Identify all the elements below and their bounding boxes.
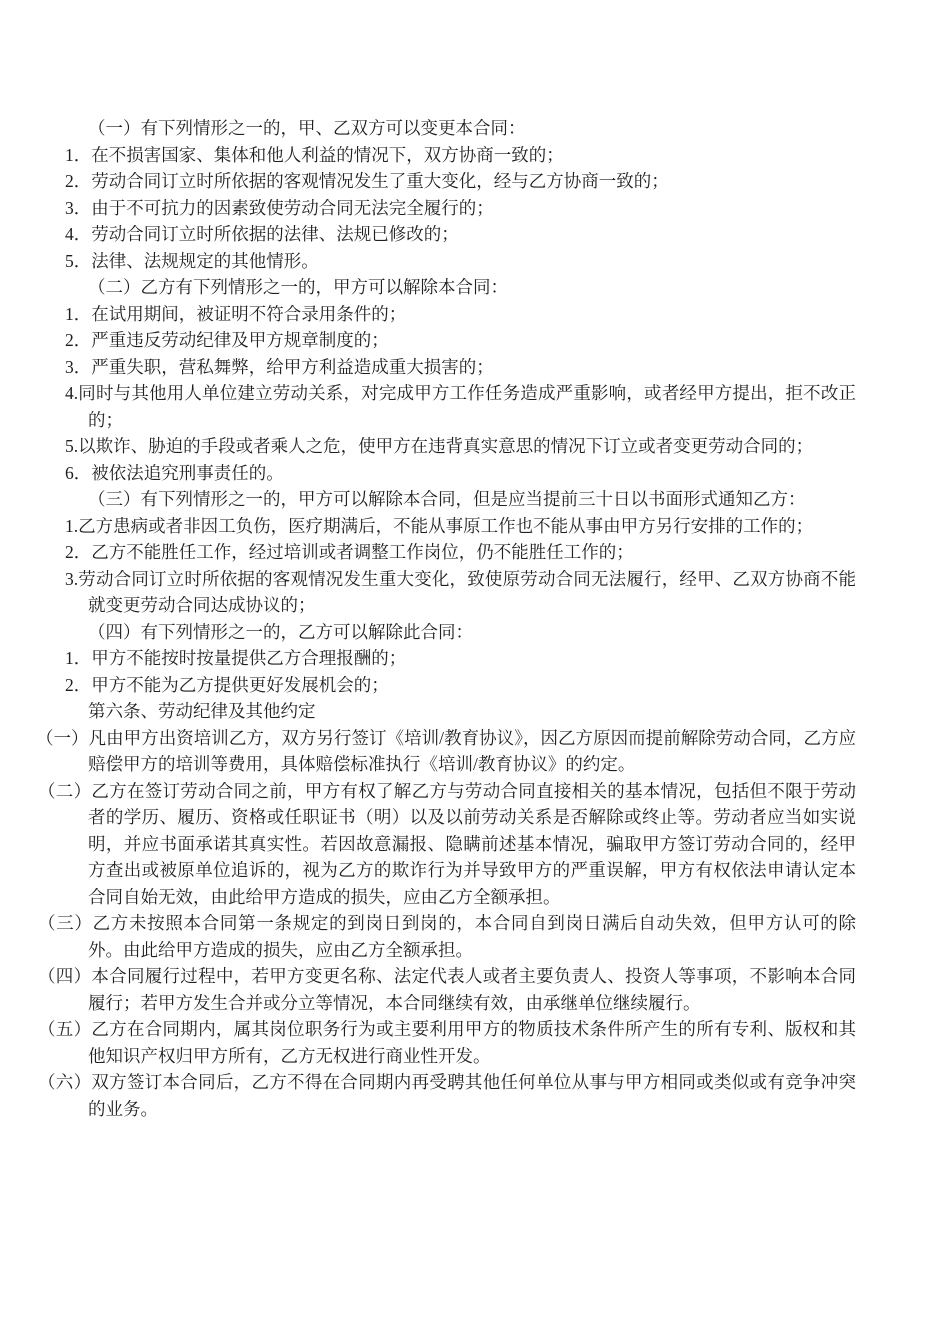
numbered-item: 1．在不损害国家、集体和他人利益的情况下，双方协商一致的；: [88, 142, 856, 169]
numbered-item: 3．由于不可抗力的因素致使劳动合同无法完全履行的；: [88, 195, 856, 222]
numbered-item: 1.乙方患病或者非因工负伤，医疗期满后，不能从事原工作也不能从事由甲方另行安排的…: [88, 513, 856, 540]
numbered-item: 2．甲方不能为乙方提供更好发展机会的；: [88, 672, 856, 699]
numbered-item: 2．严重违反劳动纪律及甲方规章制度的；: [88, 327, 856, 354]
clause-paragraph: （二）乙方在签订劳动合同之前，甲方有权了解乙方与劳动合同直接相关的基本情况，包括…: [88, 778, 856, 911]
clause-paragraph: （三）乙方未按照本合同第一条规定的到岗日到岗的，本合同自到岗日满后自动失效，但甲…: [88, 910, 856, 963]
numbered-item: 4.同时与其他用人单位建立劳动关系，对完成甲方工作任务造成严重影响，或者经甲方提…: [88, 380, 856, 433]
clause-paragraph: （四）本合同履行过程中，若甲方变更名称、法定代表人或者主要负责人、投资人等事项，…: [88, 963, 856, 1016]
numbered-item: 5．法律、法规规定的其他情形。: [88, 248, 856, 275]
numbered-item: 5.以欺诈、胁迫的手段或者乘人之危，使甲方在违背真实意思的情况下订立或者变更劳动…: [88, 433, 856, 460]
numbered-item: 6．被依法追究刑事责任的。: [88, 460, 856, 487]
section-heading: 第六条、劳动纪律及其他约定: [88, 698, 856, 725]
numbered-item: 1．在试用期间，被证明不符合录用条件的；: [88, 301, 856, 328]
clause-paragraph: （一）有下列情形之一的，甲、乙双方可以变更本合同：: [88, 115, 856, 142]
clause-paragraph: （四）有下列情形之一的，乙方可以解除此合同：: [88, 619, 856, 646]
numbered-item: 3．严重失职，营私舞弊，给甲方利益造成重大损害的；: [88, 354, 856, 381]
clause-paragraph: （五）乙方在合同期内，属其岗位职务行为或主要利用甲方的物质技术条件所产生的所有专…: [88, 1016, 856, 1069]
numbered-item: 3.劳动合同订立时所依据的客观情况发生重大变化，致使原劳动合同无法履行，经甲、乙…: [88, 566, 856, 619]
contract-text-body: （一）有下列情形之一的，甲、乙双方可以变更本合同：1．在不损害国家、集体和他人利…: [88, 115, 856, 1122]
clause-paragraph: （六）双方签订本合同后，乙方不得在合同期内再受聘其他任何单位从事与甲方相同或类似…: [88, 1069, 856, 1122]
numbered-item: 4．劳动合同订立时所依据的法律、法规已修改的；: [88, 221, 856, 248]
clause-paragraph: （二）乙方有下列情形之一的，甲方可以解除本合同：: [88, 274, 856, 301]
numbered-item: 1．甲方不能按时按量提供乙方合理报酬的；: [88, 645, 856, 672]
numbered-item: 2．劳动合同订立时所依据的客观情况发生了重大变化，经与乙方协商一致的；: [88, 168, 856, 195]
clause-paragraph: （三）有下列情形之一的，甲方可以解除本合同，但是应当提前三十日以书面形式通知乙方…: [88, 486, 856, 513]
numbered-item: 2．乙方不能胜任工作，经过培训或者调整工作岗位，仍不能胜任工作的；: [88, 539, 856, 566]
document-page: （一）有下列情形之一的，甲、乙双方可以变更本合同：1．在不损害国家、集体和他人利…: [0, 0, 950, 1344]
clause-paragraph: （一）凡由甲方出资培训乙方，双方另行签订《培训/教育协议》，因乙方原因而提前解除…: [88, 725, 856, 778]
